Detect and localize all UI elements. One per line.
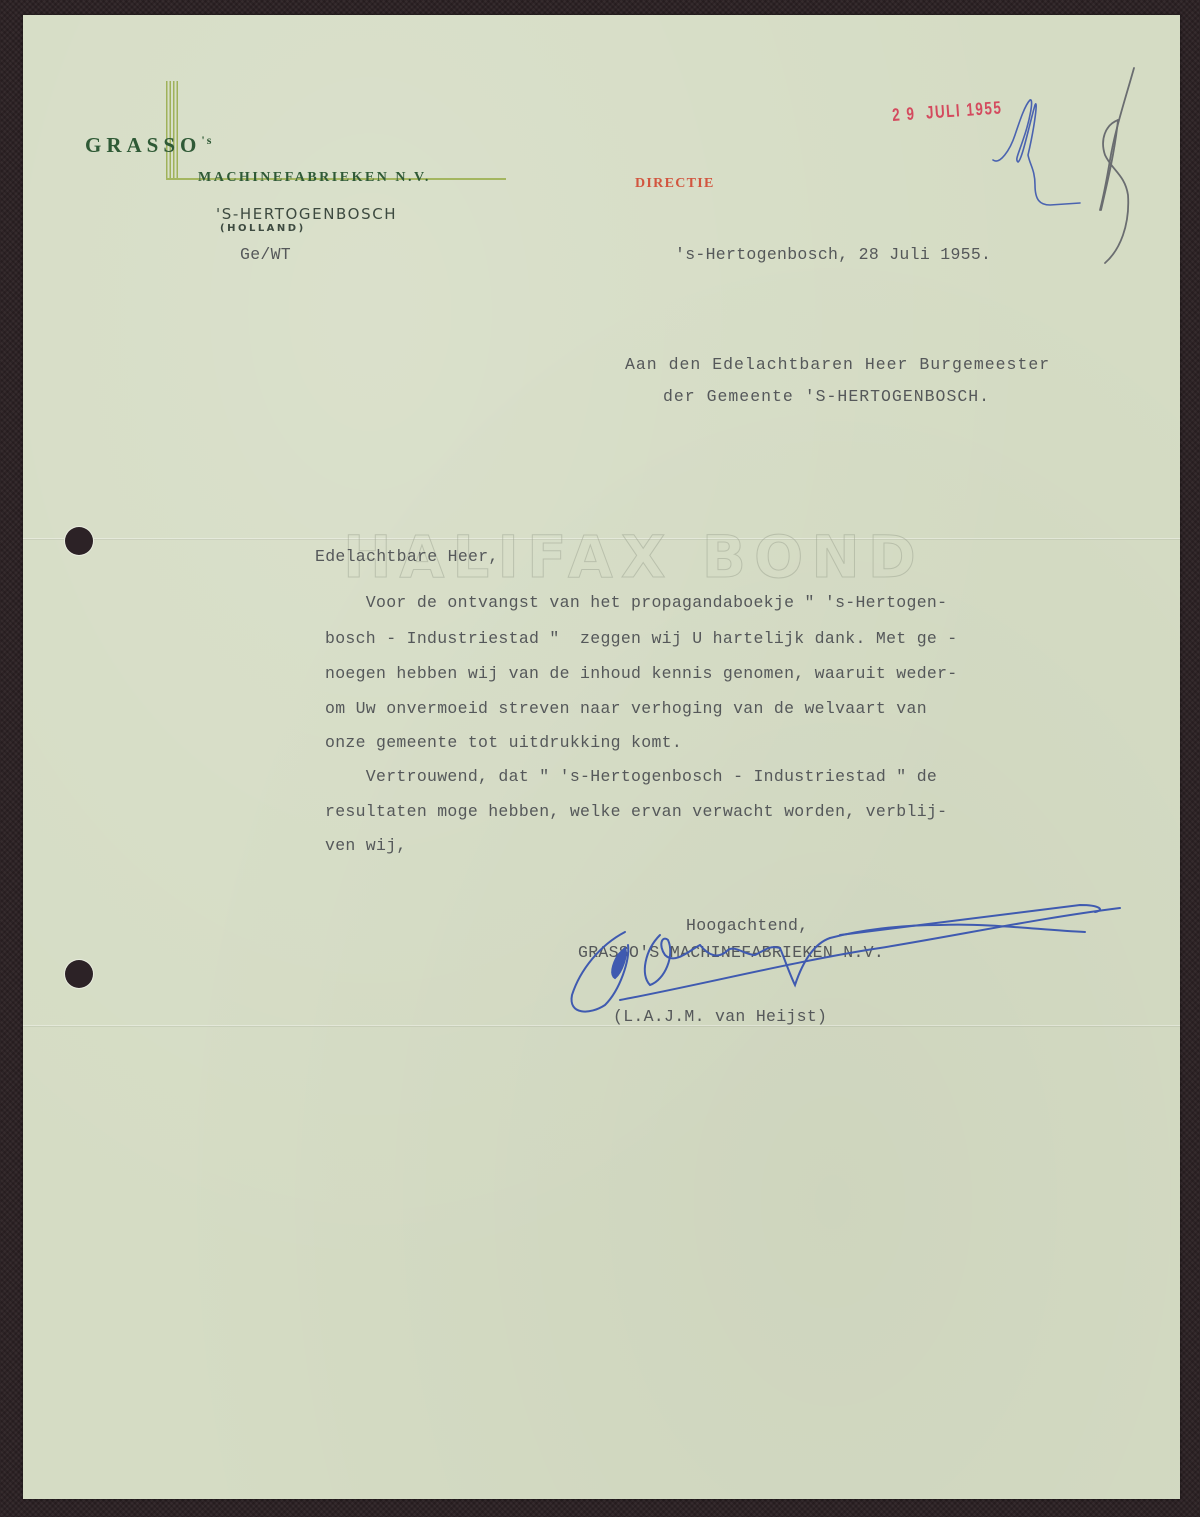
body-line: onze gemeente tot uitdrukking komt.	[325, 733, 682, 752]
body-line: om Uw onvermoeid streven naar verhoging …	[325, 699, 927, 718]
body-line: Vertrouwend, dat " 's-Hertogenbosch - In…	[325, 767, 937, 786]
received-date-stamp: 2 9 JULI 1955	[892, 97, 1004, 126]
company-subtitle: MACHINEFABRIEKEN N.V.	[198, 170, 431, 186]
body-line: bosch - Industriestad " zeggen wij U har…	[325, 629, 958, 648]
department-label: DIRECTIE	[635, 176, 715, 192]
punch-hole-bottom	[65, 960, 93, 988]
reference-code: Ge/WT	[240, 245, 291, 264]
recipient-line-2: der Gemeente 'S-HERTOGENBOSCH.	[663, 387, 990, 406]
letter-paper: HALIFAX BOND GRASSO's MACHINEFABRIEKEN N…	[23, 15, 1180, 1499]
salutation: Edelachtbare Heer,	[315, 547, 499, 566]
company-signature-line: GRASSO'S MACHINEFABRIEKEN N.V.	[578, 943, 884, 962]
closing: Hoogachtend,	[686, 916, 808, 935]
letterhead-vertical-lines	[166, 81, 180, 180]
body-line: noegen hebben wij van de inhoud kennis g…	[325, 664, 958, 683]
body-line: Voor de ontvangst van het propagandaboek…	[325, 593, 947, 612]
company-logo-name: GRASSO's	[85, 133, 213, 158]
body-line: resultaten moge hebben, welke ervan verw…	[325, 802, 947, 821]
company-name: GRASSO	[85, 133, 201, 157]
company-city: 'S-HERTOGENBOSCH	[216, 205, 397, 223]
punch-hole-top	[65, 527, 93, 555]
company-suffix: 's	[201, 133, 213, 147]
recipient-line-1: Aan den Edelachtbaren Heer Burgemeester	[625, 355, 1050, 374]
signer-name: (L.A.J.M. van Heijst)	[613, 1007, 827, 1026]
body-line: ven wij,	[325, 836, 407, 855]
place-date: 's-Hertogenbosch, 28 Juli 1955.	[675, 245, 991, 264]
company-country: (HOLLAND)	[220, 223, 306, 234]
fold-line-lower	[23, 1025, 1180, 1026]
